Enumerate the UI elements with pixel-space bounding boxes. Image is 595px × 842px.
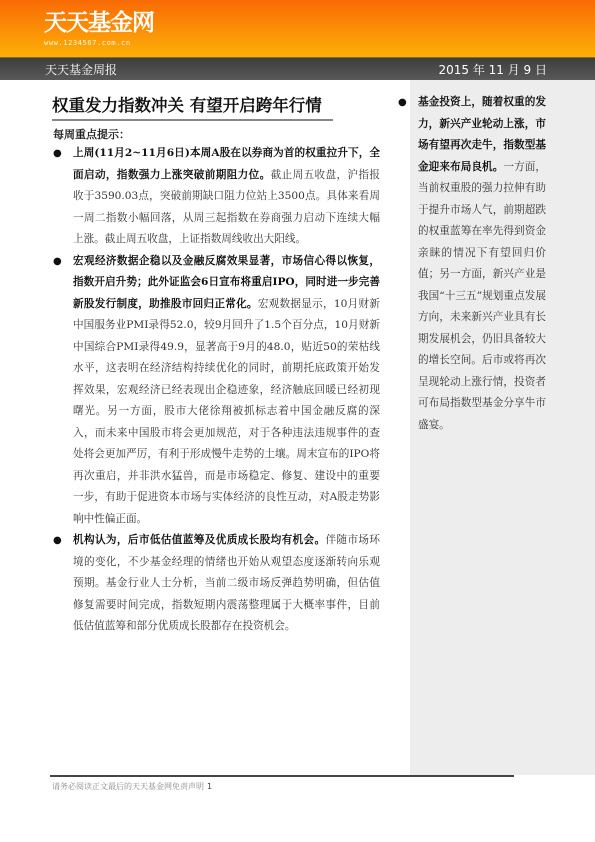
list-item: ● 宏观经济数据企稳以及金融反腐效果显著，市场信心得以恢复，指数开启升势；此外证… — [40, 251, 380, 531]
site-logo[interactable]: 天天基金网 — [44, 10, 154, 36]
footer: 请务必阅读正文最后的天天基金网免责声明1 — [52, 781, 212, 792]
bullet-icon: ● — [53, 143, 62, 165]
bullet-icon: ● — [398, 92, 407, 114]
sidebar-item: ● 基金投资上，随着权重的发力，新兴产业轮动上涨，市场有望再次走牛，指数型基金迎… — [396, 92, 546, 436]
item-highlight: 机构认为，后市低估值蓝筹及优质成长股均有机会。 — [73, 534, 326, 546]
list-item: ● 机构认为，后市低估值蓝筹及优质成长股均有机会。伴随市场环境的变化，不少基金经… — [40, 530, 380, 638]
header-banner: 天天基金网 www.1234567.com.cn — [0, 0, 595, 57]
item-body: 一方面，当前权重股的强力拉伸有助于提升市场人气，前期超跌的权重蓝筹在率先得到资金… — [418, 161, 546, 431]
key-points-list: ● 上周(11月2~11月6日)本周A股在以券商为首的权重拉升下，全面启动，指数… — [40, 143, 380, 638]
bullet-icon: ● — [53, 530, 62, 552]
sidebar-list: ● 基金投资上，随着权重的发力，新兴产业轮动上涨，市场有望再次走牛，指数型基金迎… — [396, 92, 546, 436]
page-title: 权重发力指数冲关 有望开启跨年行情 — [52, 92, 382, 116]
site-url[interactable]: www.1234567.com.cn — [44, 39, 131, 47]
report-date: 2015 年 11 月 9 日 — [438, 61, 547, 78]
item-body: 伴随市场环境的变化，不少基金经理的情绪也开始从观望态度逐渐转向乐观预期。基金行业… — [73, 534, 380, 632]
title-divider — [52, 119, 333, 121]
disclaimer-text[interactable]: 请务必阅读正文最后的天天基金网免责声明 — [52, 782, 204, 791]
section-label: 每周重点提示： — [53, 126, 130, 142]
report-name: 天天基金周报 — [45, 61, 117, 78]
report-titlebar: 天天基金周报 2015 年 11 月 9 日 — [0, 57, 595, 80]
item-body: 宏观数据显示，10月财新中国服务业PMI录得52.0，较9月回升了1.5个百分点… — [73, 298, 380, 525]
page-number: 1 — [207, 782, 212, 791]
list-item: ● 上周(11月2~11月6日)本周A股在以券商为首的权重拉升下，全面启动，指数… — [40, 143, 380, 251]
bullet-icon: ● — [53, 251, 62, 273]
footer-divider — [50, 775, 514, 777]
